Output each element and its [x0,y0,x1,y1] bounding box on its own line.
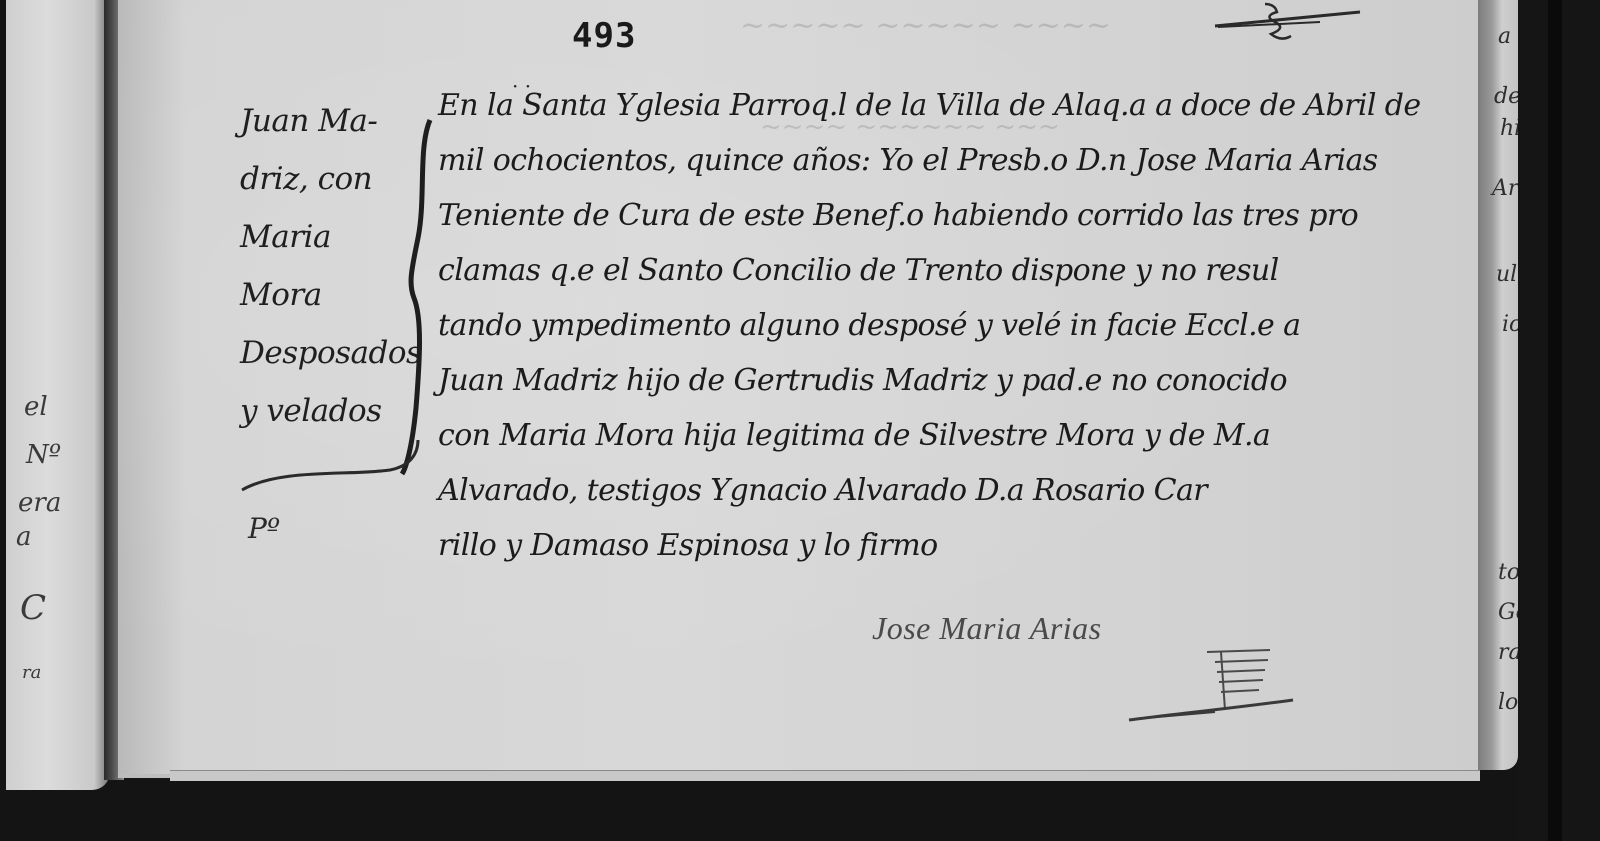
document-scan: el Nº era a C ra ~~~~~ ~~~~~ ~~~~ ~~~~ ~… [0,0,1600,841]
margin-note-line: Maria [240,208,420,266]
curly-brace-icon [400,118,436,478]
scanner-background [1548,0,1562,841]
entry-line: Teniente de Cura de este Benef.o habiend… [438,188,1478,243]
bleed-through-text: ~~~~~ ~~~~~ ~~~~ [740,8,1111,43]
entry-line: En la Santa Yglesia Parroq.l de la Villa… [438,78,1478,133]
left-page-fragment: el [24,392,48,422]
priest-signature: Jose Maria Arias [872,610,1102,647]
rubric-flourish-icon [1210,0,1370,45]
previous-page-edge: el Nº era a C ra [6,0,110,790]
margin-note-line: Mora [240,266,420,324]
margin-note-line: y velados [240,382,420,440]
folio-number: 493 [572,16,636,56]
margin-note: Juan Ma- driz, con Maria Mora Desposados… [240,92,420,440]
left-page-fragment: ra [22,662,41,683]
margin-note-line: driz, con [240,150,420,208]
left-page-fragment: Nº [26,440,61,470]
entry-line: mil ochocientos, quince años: Yo el Pres… [438,133,1478,188]
signature-rubric-icon [1125,640,1305,730]
entry-line: Juan Madriz hijo de Gertrudis Madriz y p… [438,353,1478,408]
entry-text: En la Santa Yglesia Parroq.l de la Villa… [438,78,1478,573]
left-page-fragment: a [16,522,32,552]
underline-flourish-icon [240,440,430,500]
next-page-edge: a de hi Arr ulit io to Ge ra lo [1478,0,1518,770]
entry-line: clamas q.e el Santo Concilio de Trento d… [438,243,1478,298]
margin-note-line: Desposados [240,324,420,382]
left-page-fragment: C [20,588,46,628]
entry-line: con Maria Mora hija legitima de Silvestr… [438,408,1478,463]
entry-line: rillo y Damaso Espinosa y lo firmo [438,518,1478,573]
margin-initials: Pº [248,512,280,545]
right-page-fragment: a [1498,24,1511,49]
page-bottom-edge [170,770,1480,781]
right-page-fragment: lo [1498,690,1518,715]
left-page-fragment: era [18,488,61,518]
entry-line: Alvarado, testigos Ygnacio Alvarado D.a … [438,463,1478,518]
entry-line: tando ympedimento alguno desposé y velé … [438,298,1478,353]
margin-note-line: Juan Ma- [240,92,420,150]
right-page-fragment: to [1498,560,1520,585]
